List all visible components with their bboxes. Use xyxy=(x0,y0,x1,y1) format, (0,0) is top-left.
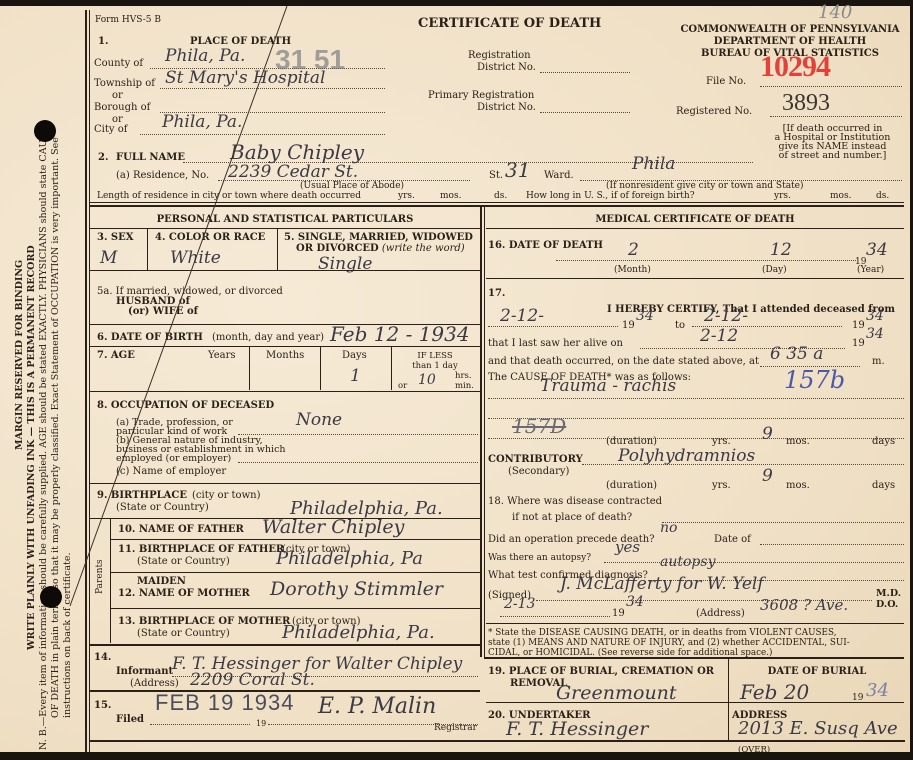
diagonal-pencil-line xyxy=(0,6,913,760)
death-certificate: MARGIN RESERVED FOR BINDING WRITE PLAINL… xyxy=(0,6,910,752)
